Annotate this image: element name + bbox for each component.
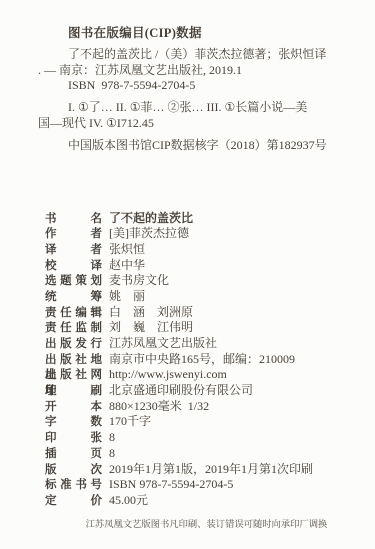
- row-value: 麦书房文化: [109, 273, 169, 289]
- isbn-line: ISBN 978-7-5594-2704-5: [38, 78, 345, 94]
- row-value: 8: [109, 430, 115, 446]
- row-label: 字数: [45, 415, 102, 431]
- row-value: 了不起的盖茨比: [109, 211, 193, 227]
- row-label: 责任编辑: [45, 306, 102, 322]
- row-label: 标准书号: [45, 478, 102, 494]
- row-label: 校译: [45, 259, 102, 275]
- cip-description: 了不起的盖茨比 /（美）菲茨杰拉德著；张炽恒译 . — 南京：江苏凤凰文艺出版社…: [38, 47, 345, 94]
- row-label: 责任监制: [45, 321, 102, 337]
- cip-registry-line: 中国版本图书馆CIP数据核字（2018）第182937号: [38, 138, 345, 154]
- row-label: 印刷: [45, 384, 102, 400]
- row-label: 定价: [45, 494, 102, 510]
- table-row: 责任监制刘 巍 江伟明: [45, 320, 345, 336]
- table-row: 印刷北京盛通印刷股份有限公司: [45, 383, 345, 399]
- cip-title: 图书在版编目(CIP)数据: [68, 0, 345, 42]
- row-value: 880×1230毫米 1/32: [109, 399, 209, 415]
- row-value: ISBN 978-7-5594-2704-5: [109, 477, 233, 493]
- row-value: 45.00元: [109, 493, 148, 509]
- table-row: 出版发行江苏凤凰文艺出版社: [45, 336, 345, 352]
- row-value: 刘 巍 江伟明: [109, 320, 193, 336]
- table-row: 开本880×1230毫米 1/32: [45, 399, 345, 415]
- table-row: 标准书号ISBN 978-7-5594-2704-5: [45, 477, 345, 493]
- table-row: 出版社地址南京市中央路165号，邮编：210009: [45, 352, 345, 368]
- table-row: 统筹姚 丽: [45, 289, 345, 305]
- table-row: 插页8: [45, 446, 345, 462]
- row-label: 印张: [45, 431, 102, 447]
- table-row: 译者张炽恒: [45, 242, 345, 258]
- row-value: 北京盛通印刷股份有限公司: [109, 383, 253, 399]
- row-value: http://www.jswenyi.com: [109, 367, 227, 383]
- cip-classification: I. ①了… II. ①菲… ②张… III. ①长篇小说—美 国—现代 IV.…: [38, 100, 345, 131]
- table-row: 印张8: [45, 430, 345, 446]
- row-value: 170千字: [109, 414, 151, 430]
- table-row: 版次2019年1月第1版，2019年1月第1次印刷: [45, 462, 345, 478]
- row-label: 作者: [45, 227, 102, 243]
- row-label: 出版发行: [45, 337, 102, 353]
- table-row: 书名了不起的盖茨比: [45, 211, 345, 227]
- row-label: 版次: [45, 463, 102, 479]
- colophon-table: 书名了不起的盖茨比作者[美]菲茨杰拉德译者张炽恒校译赵中华选题策划麦书房文化统筹…: [45, 211, 345, 509]
- row-label: 书名: [45, 212, 102, 228]
- table-row: 出版社网址http://www.jswenyi.com: [45, 367, 345, 383]
- row-label: 选题策划: [45, 274, 102, 290]
- table-row: 字数170千字: [45, 414, 345, 430]
- row-value: 姚 丽: [109, 289, 145, 305]
- row-value: 张炽恒: [109, 242, 145, 258]
- table-row: 选题策划麦书房文化: [45, 273, 345, 289]
- row-label: 插页: [45, 447, 102, 463]
- cip-description-line1: 了不起的盖茨比 /（美）菲茨杰拉德著；张炽恒译: [38, 47, 345, 63]
- row-label: 统筹: [45, 290, 102, 306]
- row-label: 译者: [45, 243, 102, 259]
- reprint-notice: 江苏凤凰文艺版图书凡印刷、装订错误可随时向承印厂调换: [68, 519, 345, 531]
- table-row: 校译赵中华: [45, 258, 345, 274]
- table-row: 作者[美]菲茨杰拉德: [45, 226, 345, 242]
- row-value: 8: [109, 446, 115, 462]
- row-value: 赵中华: [109, 258, 145, 274]
- cip-classification-line1: I. ①了… II. ①菲… ②张… III. ①长篇小说—美: [38, 100, 345, 116]
- row-value: 2019年1月第1版，2019年1月第1次印刷: [109, 462, 313, 478]
- row-value: [美]菲茨杰拉德: [109, 226, 189, 242]
- row-value: 南京市中央路165号，邮编：210009: [109, 352, 295, 368]
- cip-classification-line2: 国—现代 IV. ①I712.45: [38, 116, 345, 132]
- row-label: 开本: [45, 400, 102, 416]
- table-row: 定价45.00元: [45, 493, 345, 509]
- copyright-page: 图书在版编目(CIP)数据 了不起的盖茨比 /（美）菲茨杰拉德著；张炽恒译 . …: [0, 0, 375, 549]
- table-row: 责任编辑白 涵 刘洲原: [45, 305, 345, 321]
- row-value: 白 涵 刘洲原: [109, 305, 193, 321]
- row-value: 江苏凤凰文艺出版社: [109, 336, 217, 352]
- cip-description-line2: . — 南京：江苏凤凰文艺出版社, 2019.1: [38, 63, 345, 79]
